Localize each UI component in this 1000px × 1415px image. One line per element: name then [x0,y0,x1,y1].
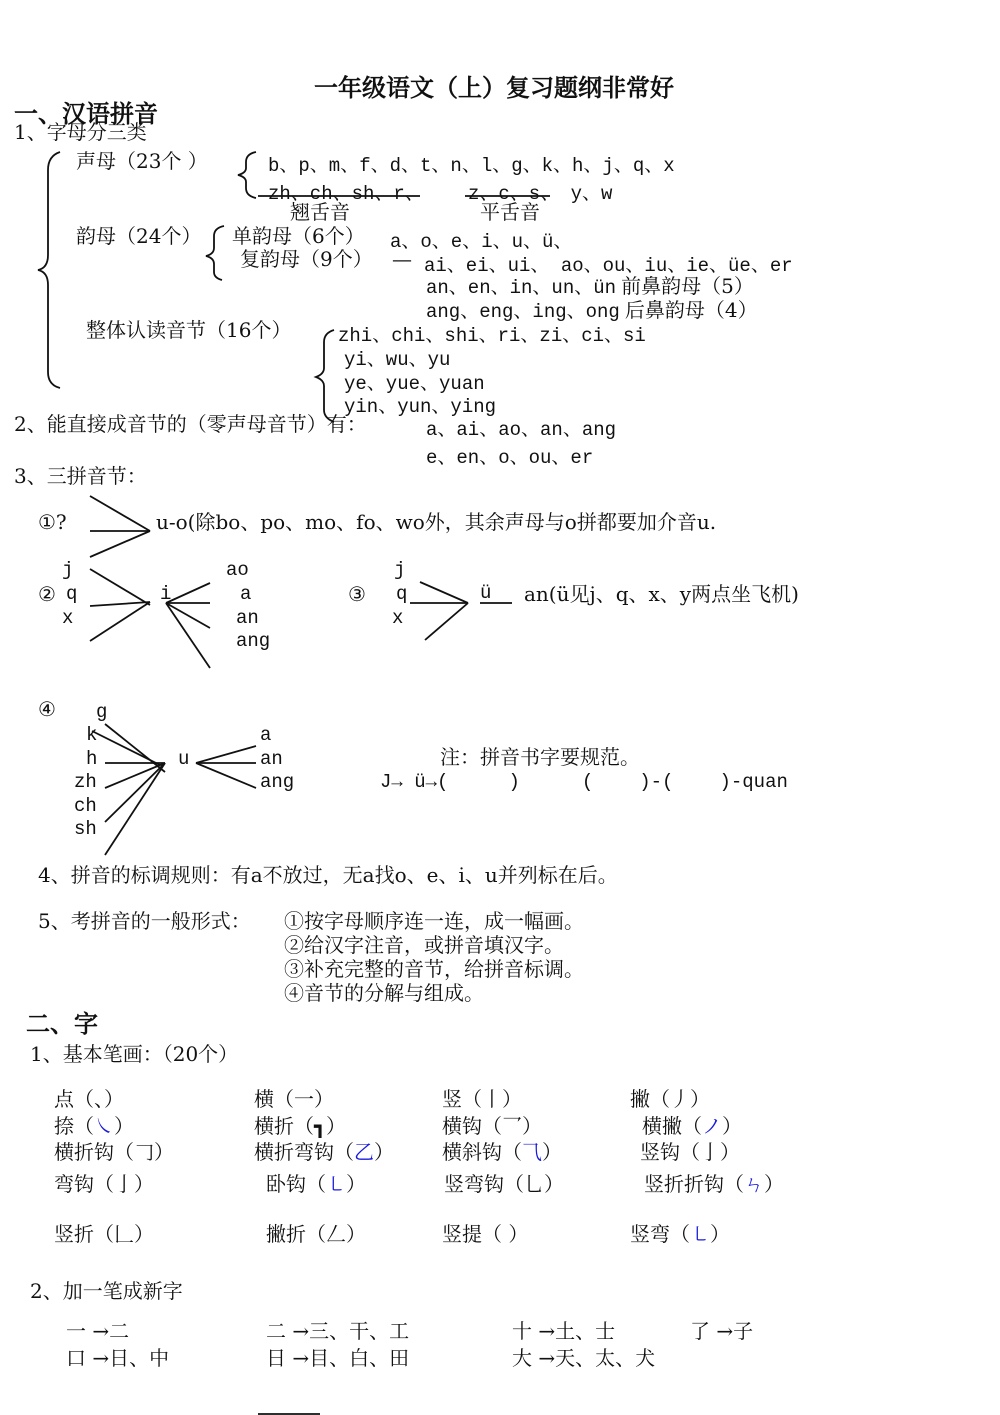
zhengti-label: 整体认读音节（16个） [86,319,291,341]
d2-right: an [236,607,259,629]
stroke-item: 竖钩（亅） [640,1136,740,1165]
danyunmu-label: 单韵母（6个） [232,225,365,247]
d4-num: ④ [38,698,56,720]
d4-right: a [260,724,271,746]
d1-num: ①? [38,511,67,533]
d4-left: h [86,748,97,770]
d2-num: ② [38,583,56,605]
fuyunmu-label: 复韵母（9个） [240,248,373,270]
stroke-item: 捺（㇏） [54,1110,134,1139]
item1-label: 1、字母分三类 [14,121,147,143]
add-stroke-cell: 十 →土、士 [512,1320,615,1342]
qianbi-row: an、en、in、un、ün 前鼻韵母（5） [426,272,754,299]
d2-left: x [62,607,73,629]
zhengti-row: yi、wu、yu [344,344,450,371]
d4-left: ch [74,795,97,817]
shengmu-row1: b、p、m、f、d、t、n、l、g、k、h、j、q、x [268,150,675,177]
formula-row: J→ ü→()()-()-quan [380,771,788,793]
stroke-item: 横斜钩（⺄） [442,1136,562,1165]
add-stroke-cell: 大 →天、太、犬 [512,1347,655,1369]
add-stroke-cell: 了 →子 [690,1320,753,1342]
d2-right: a [240,583,251,605]
d2-mid: i [160,583,171,605]
d3-left: q [396,583,407,605]
item5-label: 5、考拼音的一般形式： [38,910,251,932]
d4-left: g [96,701,107,723]
d2-right: ao [226,559,249,581]
stroke-item: 竖折折钩（ㄣ） [644,1168,784,1197]
d4-right: ang [260,771,294,793]
add-stroke-cell: 日 →目、白、田 [266,1347,409,1369]
note-text: 注：拼音书字要规范。 [440,746,640,768]
zhengti-row: zhi、chi、shi、ri、zi、ci、si [338,320,646,347]
item3-label: 3、三拼音节： [14,465,147,487]
arrow-icon: → [391,771,402,793]
stroke-item: 横撇（ノ） [642,1110,742,1139]
stroke-item: 竖弯钩（乚） [444,1168,564,1197]
d3-mid: ü [480,582,491,604]
stroke-item: 横钩（乛） [442,1110,542,1139]
brace-big [38,152,60,388]
d4-mid: u [178,748,189,770]
stroke-item: 横（一） [254,1083,334,1112]
d3-left: j [394,559,405,581]
stroke-item: 卧钩（㇄） [266,1168,366,1197]
exam-form: ④音节的分解与组成。 [284,982,484,1004]
stroke-item: 竖弯（㇄） [630,1218,730,1247]
d4-left: zh [74,771,97,793]
qiaoshe-label: 翘舌音 [290,201,350,223]
d3-num: ③ [348,583,366,605]
yunmu-label: 韵母（24个） [76,225,201,247]
page-title: 一年级语文（上）复习题纲非常好 [314,68,674,103]
stroke-item: 横折弯钩（乙） [254,1136,394,1165]
d4-left: sh [74,818,97,840]
shengmu-label: 声母（23个 ） [76,150,208,172]
d2-left: q [66,583,77,605]
d4-right: an [260,748,283,770]
pingshe-label: 平舌音 [480,201,540,223]
stroke-item: 撇（丿） [630,1083,710,1112]
d1-text: u-o(除bo、po、mo、fo、wo外，其余声母与o拼都要加介音u. [156,511,716,533]
exam-form: ①按字母顺序连一连，成一幅画。 [284,910,584,932]
arrow-icon: → [426,771,437,793]
d3-text: an(ü见j、q、x、y两点坐飞机) [524,583,799,605]
stroke-item: 竖折（𠃊） [54,1218,154,1247]
exam-form: ②给汉字注音，或拼音填汉字。 [284,934,564,956]
section-heading-characters: 二、字 [26,1004,98,1039]
item2-label: 2、能直接成音节的（零声母音节）有： [14,413,367,435]
zero-initial-row1: a、ai、ao、an、ang [426,414,616,441]
houbi-row: ang、eng、ing、ong 后鼻韵母（4） [426,296,758,323]
stroke-item: 横折钩（𠃌） [54,1136,174,1165]
item4-label: 4、拼音的标调规则：有a不放过，无a找o、e、i、u并列标在后。 [38,864,618,886]
stroke-item: 弯钩（亅） [54,1168,154,1197]
d4-left: k [86,724,97,746]
zero-initial-row2: e、en、o、ou、er [426,442,593,469]
d2-left: j [62,559,73,581]
add-stroke-cell: 一 →二 [66,1320,129,1342]
d3-left: x [392,607,403,629]
fuyunmu-dash: — [392,248,412,270]
add-stroke-cell: 口 →日、中 [66,1347,169,1369]
stroke-item: 点（、） [54,1083,124,1112]
exam-form: ③补充完整的音节，给拼音标调。 [284,958,584,980]
add-stroke-cell: 二 →三、干、工 [266,1320,409,1342]
stroke-item: 竖提（ ） [442,1218,528,1247]
stroke-item: 竖（丨） [442,1083,522,1112]
strokes-label: 1、基本笔画：（20个） [30,1043,238,1065]
stroke-item: 撇折（𠃋） [266,1218,366,1247]
d2-right: ang [236,630,270,652]
stroke-item: 横折（┓） [254,1110,346,1139]
danyunmu-values: a、o、e、i、u、ü、 [390,226,572,253]
add-stroke-label: 2、加一笔成新字 [30,1280,183,1302]
